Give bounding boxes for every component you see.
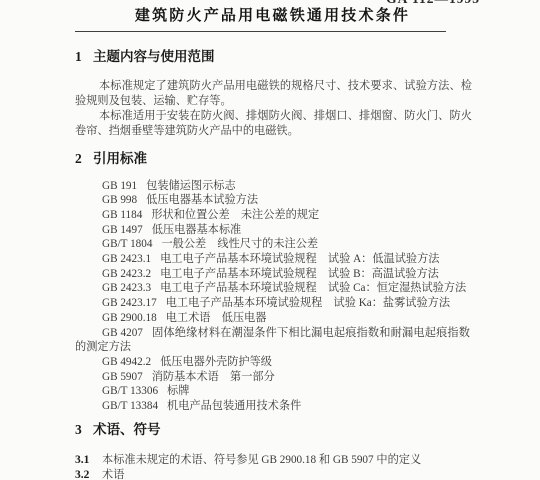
clause-3-2-number: 3.2	[75, 468, 102, 480]
scope-paragraph-1: 本标准规定了建筑防火产品用电磁铁的规格尺寸、技术要求、试验方法、检验规则及包装、…	[75, 79, 472, 109]
reference-title: 包装储运图示标志	[146, 180, 236, 192]
reference-title: 低压电器基本标准	[152, 224, 242, 236]
clause-3-2: 3.2术语	[75, 468, 470, 480]
reference-title: 低压电器基本试验方法	[146, 194, 258, 206]
reference-code: GB/T 13384	[102, 400, 158, 412]
reference-item: GB 191包装储运图示标志	[75, 179, 470, 194]
reference-code: GB 5907	[102, 371, 143, 383]
reference-item: GB 2423.3电工电子产品基本环境试验规程 试验 Ca：恒定湿热试验方法	[75, 281, 470, 296]
reference-item: GB 998低压电器基本试验方法	[75, 193, 470, 208]
title-divider-rule	[75, 31, 446, 32]
reference-item: GB 1497低压电器基本标准	[75, 223, 470, 238]
reference-title: 电工术语 低压电器	[166, 312, 267, 324]
clause-3-1-text: 本标准未规定的术语、符号参见 GB 2900.18 和 GB 5907 中的定义	[102, 454, 421, 466]
reference-code: GB 2423.3	[102, 282, 151, 294]
section-1-title: 主题内容与使用范围	[93, 49, 215, 64]
reference-code: GB 1497	[102, 224, 143, 236]
reference-code: GB 2900.18	[102, 312, 157, 324]
clause-3-2-text: 术语	[102, 469, 124, 480]
clause-3-1-number: 3.1	[75, 453, 102, 468]
scanned-document-page: GA 112—1995 建筑防火产品用电磁铁通用技术条件 1主题内容与使用范围 …	[0, 0, 540, 480]
reference-code: GB 2423.1	[102, 253, 151, 265]
section-2-number: 2	[75, 152, 93, 166]
reference-item: GB 2423.17电工电子产品基本环境试验规程 试验 Ka：盐雾试验方法	[75, 296, 470, 311]
reference-item: GB 2423.2电工电子产品基本环境试验规程 试验 B：高温试验方法	[75, 267, 470, 282]
reference-title: 电工电子产品基本环境试验规程 试验 A：低温试验方法	[160, 253, 439, 265]
reference-code: GB 2423.2	[102, 268, 151, 280]
reference-item: GB/T 13306标牌	[75, 384, 470, 399]
document-title: 建筑防火产品用电磁铁通用技术条件	[75, 8, 470, 24]
normative-reference-list: GB 191包装储运图示标志 GB 998低压电器基本试验方法 GB 1184形…	[75, 179, 470, 414]
reference-item: GB 2900.18电工术语 低压电器	[75, 311, 470, 326]
reference-item: GB 5907消防基本术语 第一部分	[75, 370, 470, 385]
reference-title: 一般公差 线性尺寸的未注公差	[161, 238, 318, 250]
reference-item: GB/T 13384机电产品包装通用技术条件	[75, 399, 470, 414]
reference-item: GB 2423.1电工电子产品基本环境试验规程 试验 A：低温试验方法	[75, 252, 470, 267]
reference-code: GB/T 1804	[102, 238, 152, 250]
reference-code: GB 1184	[102, 209, 142, 221]
standard-code-header: GA 112—1995	[386, 0, 480, 7]
reference-item: GB 4942.2低压电器外壳防护等级	[75, 355, 470, 370]
reference-title: 消防基本术语 第一部分	[152, 371, 275, 383]
reference-item: GB/T 1804一般公差 线性尺寸的未注公差	[75, 237, 470, 252]
reference-title: 形状和位置公差 未注公差的规定	[151, 209, 319, 221]
scope-paragraph-2: 本标准适用于安装在防火阀、排烟防火阀、排烟口、排烟窗、防火门、防火卷帘、挡烟垂壁…	[75, 109, 472, 139]
reference-code: GB 998	[102, 194, 137, 206]
section-2-heading: 2引用标准	[75, 152, 470, 166]
reference-title: 低压电器外壳防护等级	[160, 356, 272, 368]
reference-code: GB 191	[102, 180, 137, 192]
reference-title: 机电产品包装通用技术条件	[167, 400, 301, 412]
reference-item: GB 1184形状和位置公差 未注公差的规定	[75, 208, 470, 223]
reference-code: GB 4942.2	[102, 356, 151, 368]
section-1-number: 1	[75, 50, 93, 64]
reference-title: 标牌	[167, 385, 189, 397]
reference-title: 电工电子产品基本环境试验规程 试验 Ka：盐雾试验方法	[166, 297, 450, 309]
section-2-title: 引用标准	[93, 151, 147, 166]
section-1-heading: 1主题内容与使用范围	[75, 50, 470, 64]
reference-title: 电工电子产品基本环境试验规程 试验 Ca：恒定湿热试验方法	[160, 282, 466, 294]
clause-3-1: 3.1本标准未规定的术语、符号参见 GB 2900.18 和 GB 5907 中…	[75, 453, 470, 468]
section-3-heading: 3术语、符号	[75, 423, 470, 437]
reference-code: GB 2423.17	[102, 297, 157, 309]
section-3-number: 3	[75, 423, 93, 437]
reference-title: 电工电子产品基本环境试验规程 试验 B：高温试验方法	[160, 268, 439, 280]
reference-code: GB 4207	[102, 327, 143, 339]
section-3-title: 术语、符号	[93, 422, 161, 437]
reference-code: GB/T 13306	[102, 385, 158, 397]
reference-item: GB 4207固体绝缘材料在潮湿条件下相比漏电起痕指数和耐漏电起痕指数的测定方法	[75, 326, 470, 355]
